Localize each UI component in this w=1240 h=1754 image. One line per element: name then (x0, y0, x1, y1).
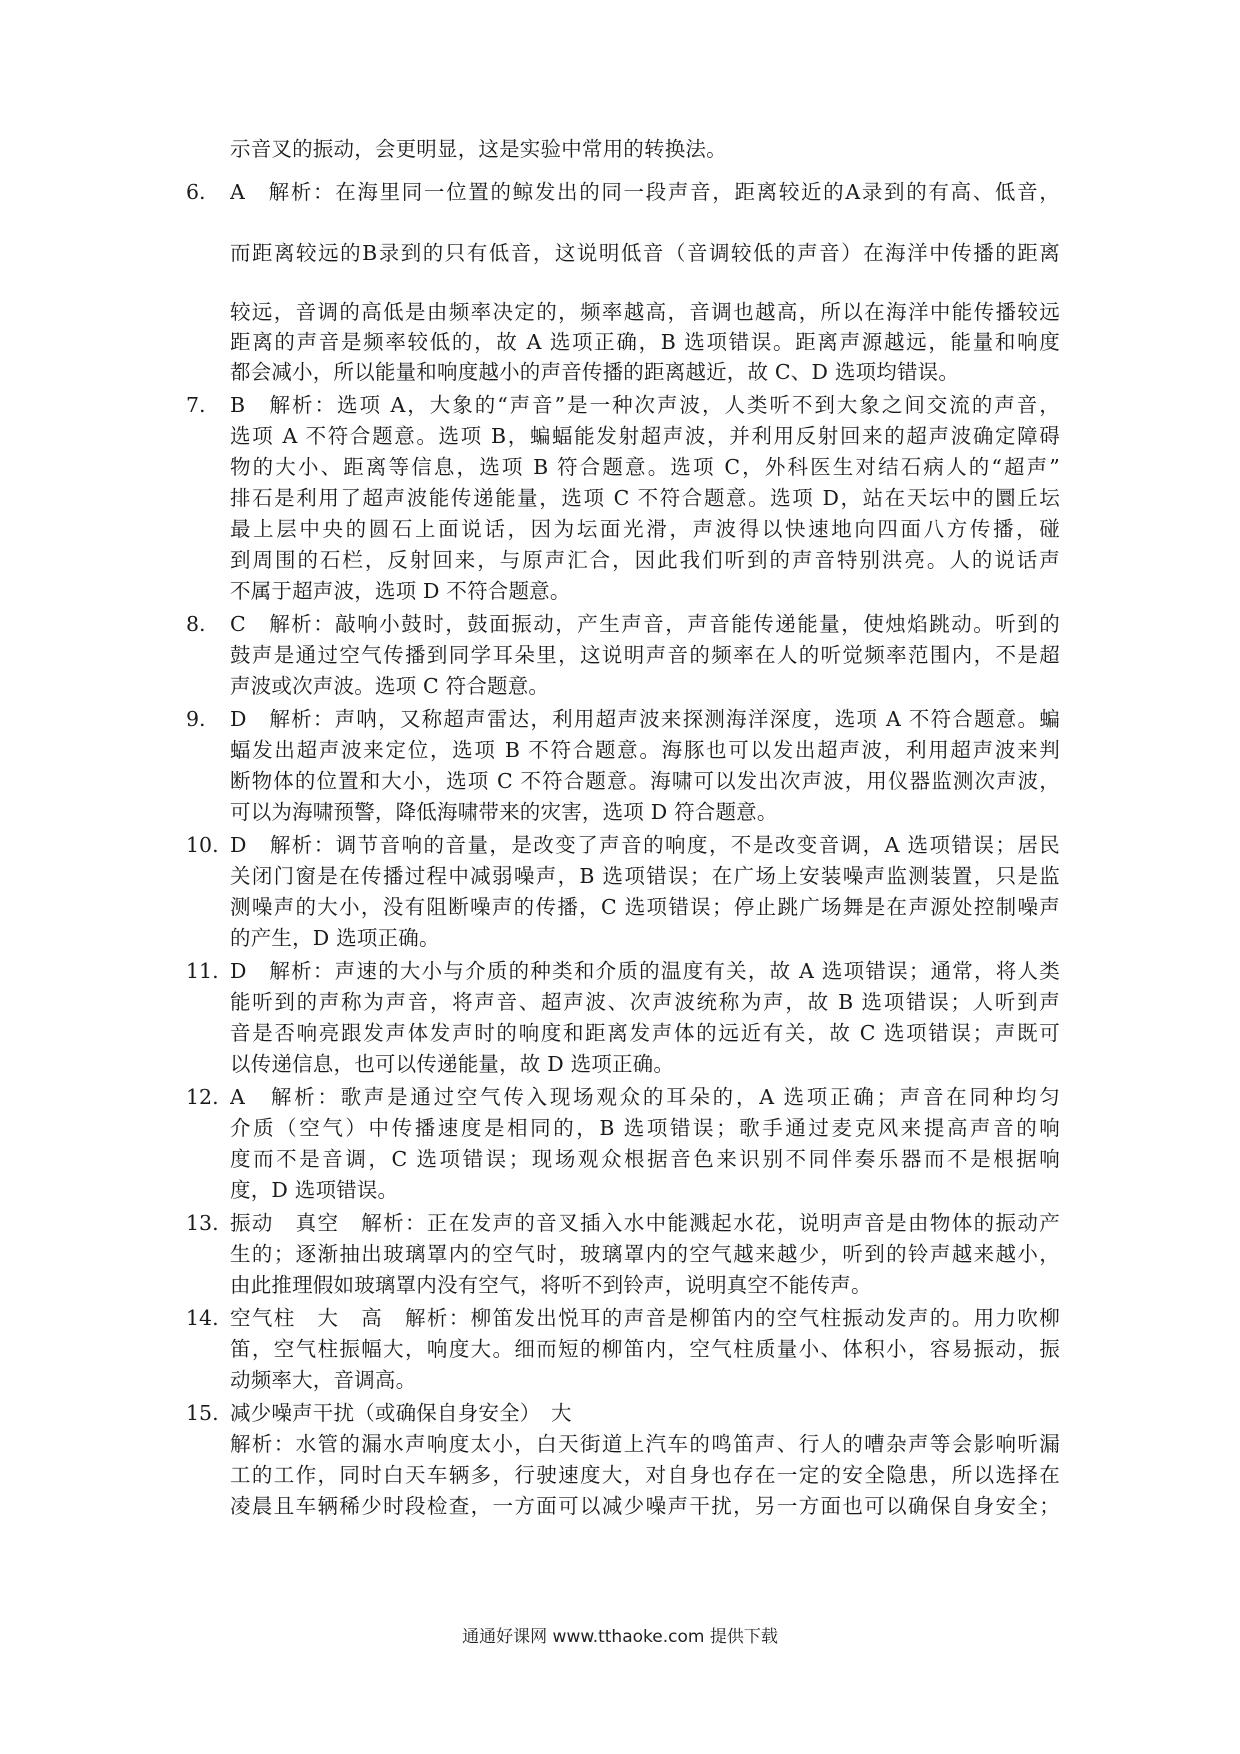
item-6-line: 较远，音调的高低是由频率决定的，频率越高，音调也越高，所以在海洋中能传播较远 (230, 297, 1060, 328)
item-15-line: 凌晨且车辆稀少时段检查，一方面可以减少噪声干扰，另一方面也可以确保自身安全； (230, 1491, 1060, 1522)
item-14-line: 空气柱 大 高 解析：柳笛发出悦耳的声音是柳笛内的空气柱振动发声的。用力吹柳 (230, 1303, 1060, 1334)
item-7-line: 选项 A 不符合题意。选项 B，蝙蝠能发射超声波，并利用反射回来的超声波确定障碍 (230, 421, 1060, 452)
item-15-line: 减少噪声干扰（或确保自身安全） 大 (230, 1398, 1060, 1429)
item-12-line: 度而不是音调，C 选项错误；现场观众根据音色来识别不同伴奏乐器而不是根据响 (230, 1144, 1060, 1175)
item-8-line: 声波或次声波。选项 C 符合题意。 (230, 671, 1060, 702)
item-15-line: 工的工作，同时白天车辆多，行驶速度大，对自身也存在一定的安全隐患，所以选择在 (230, 1460, 1060, 1491)
item-6-line: 而距离较远的B录到的只有低音，这说明低音（音调较低的声音）在海洋中传播的距离 (230, 238, 1060, 269)
item-13-line: 生的；逐渐抽出玻璃罩内的空气时，玻璃罩内的空气越来越少，听到的铃声越来越小， (230, 1239, 1060, 1270)
item-6-line: 都会减小，所以能量和响度越小的声音传播的距离越近，故 C、D 选项均错误。 (230, 357, 1060, 388)
item-7-line: 排石是利用了超声波能传递能量，选项 C 不符合题意。选项 D，站在天坛中的圜丘坛 (230, 483, 1060, 514)
item-number-15: 15. (186, 1398, 219, 1429)
item-12-line: 度，D 选项错误。 (230, 1175, 1060, 1206)
item-9-line: 断物体的位置和大小，选项 C 不符合题意。海啸可以发出次声波，用仪器监测次声波， (230, 766, 1060, 797)
item-11-line: 以传递信息，也可以传递能量，故 D 选项正确。 (230, 1049, 1060, 1080)
item-11-line: 音是否响亮跟发声体发声时的响度和距离发声体的远近有关，故 C 选项错误；声既可 (230, 1018, 1060, 1049)
item-number-14: 14. (186, 1303, 219, 1334)
item-10-line: D 解析：调节音响的音量，是改变了声音的响度，不是改变音调，A 选项错误；居民 (230, 830, 1060, 861)
item-9-line: 蝠发出超声波来定位，选项 B 不符合题意。海豚也可以发出超声波，利用超声波来判 (230, 735, 1060, 766)
item-15-line: 解析：水管的漏水声响度太小，白天街道上汽车的鸣笛声、行人的嘈杂声等会影响听漏 (230, 1429, 1060, 1460)
item-6-line: 距离的声音是频率较低的，故 A 选项正确，B 选项错误。距离声源越远，能量和响度 (230, 327, 1060, 358)
item-6-line: A 解析：在海里同一位置的鲸发出的同一段声音，距离较近的A录到的有高、低音， (230, 177, 1060, 208)
item-7-line: 到周围的石栏，反射回来，与原声汇合，因此我们听到的声音特别洪亮。人的说话声 (230, 545, 1060, 576)
item-8-line: 鼓声是通过空气传播到同学耳朵里，这说明声音的频率在人的听觉频率范围内，不是超 (230, 640, 1060, 671)
item-7-line: 不属于超声波，选项 D 不符合题意。 (230, 576, 1060, 607)
item-9-line: D 解析：声呐，又称超声雷达，利用超声波来探测海洋深度，选项 A 不符合题意。蝙 (230, 704, 1060, 735)
item-7-line: B 解析：选项 A，大象的“声音”是一种次声波，人类听不到大象之间交流的声音， (230, 390, 1060, 421)
item-number-9: 9. (186, 704, 206, 735)
item-7-line: 物的大小、距离等信息，选项 B 符合题意。选项 C，外科医生对结石病人的“超声” (230, 452, 1060, 483)
item-9-line: 可以为海啸预警，降低海啸带来的灾害，选项 D 符合题意。 (230, 797, 1060, 828)
item-12-line: A 解析：歌声是通过空气传入现场观众的耳朵的，A 选项正确；声音在同种均匀 (230, 1082, 1060, 1113)
item-13-line: 由此推理假如玻璃罩内没有空气，将听不到铃声，说明真空不能传声。 (230, 1270, 1060, 1301)
item-8-line: C 解析：敲响小鼓时，鼓面振动，产生声音，声音能传递能量，使烛焰跳动。听到的 (230, 609, 1060, 640)
item-number-12: 12. (186, 1082, 219, 1113)
page-footer-watermark: 通通好课网 www.tthaoke.com 提供下载 (0, 1622, 1240, 1647)
item-number-7: 7. (186, 390, 206, 421)
document-page: 示音叉的振动，会更明显，这是实验中常用的转换法。 6. A 解析：在海里同一位置… (0, 0, 1240, 1754)
item-10-line: 测噪声的大小，没有阻断噪声的传播，C 选项错误；停止跳广场舞是在声源处控制噪声 (230, 892, 1060, 923)
item-14-line: 笛，空气柱振幅大，响度大。细而短的柳笛内，空气柱质量小、体积小，容易振动，振 (230, 1334, 1060, 1365)
item-number-10: 10. (186, 830, 219, 861)
item-number-13: 13. (186, 1208, 219, 1239)
item-10-line: 的产生，D 选项正确。 (230, 923, 1060, 954)
item-14-line: 动频率大，音调高。 (230, 1365, 1060, 1396)
item-number-6: 6. (186, 177, 206, 208)
item-12-line: 介质（空气）中传播速度是相同的，B 选项错误；歌手通过麦克风来提高声音的响 (230, 1113, 1060, 1144)
item-13-line: 振动 真空 解析：正在发声的音叉插入水中能溅起水花，说明声音是由物体的振动产 (230, 1208, 1060, 1239)
item-11-line: 能听到的声称为声音，将声音、超声波、次声波统称为声，故 B 选项错误；人听到声 (230, 987, 1060, 1018)
item-11-line: D 解析：声速的大小与介质的种类和介质的温度有关，故 A 选项错误；通常，将人类 (230, 956, 1060, 987)
item-10-line: 关闭门窗是在传播过程中减弱噪声，B 选项错误；在广场上安装噪声监测装置，只是监 (230, 861, 1060, 892)
continuation-line: 示音叉的振动，会更明显，这是实验中常用的转换法。 (230, 134, 1060, 165)
item-number-11: 11. (186, 956, 219, 987)
item-7-line: 最上层中央的圆石上面说话，因为坛面光滑，声波得以快速地向四面八方传播，碰 (230, 514, 1060, 545)
item-number-8: 8. (186, 609, 206, 640)
